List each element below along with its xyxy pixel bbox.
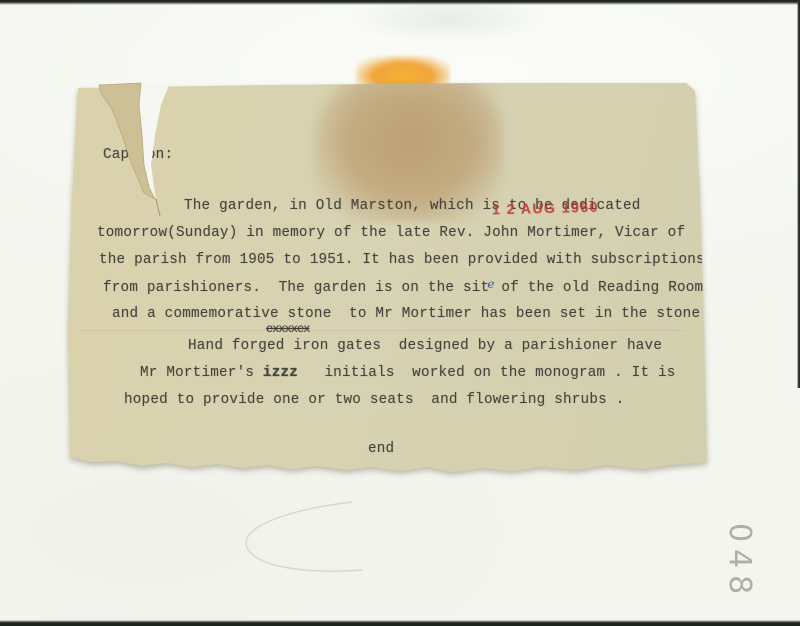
typewritten-line: hoped to provide one or two seats and fl… xyxy=(124,391,624,409)
typewritten-line: the parish from 1905 to 1951. It has bee… xyxy=(99,251,705,269)
line7-text: initials worked on the monogram . It is xyxy=(298,365,676,381)
handwritten-number: 048 xyxy=(722,523,757,601)
scanned-photo-caption-page: Caption: The garden, in Old Marston, whi… xyxy=(0,0,800,626)
typewritten-line: Hand forged iron gates designed by a par… xyxy=(188,337,662,355)
overtyped-word: izzz xyxy=(263,365,298,381)
scan-edge-bottom xyxy=(0,620,800,626)
line4-text: from parishioners. The garden is on the … xyxy=(103,280,489,296)
typewritten-line: and a commemorative stone to Mr Mortimer… xyxy=(112,305,753,323)
date-stamp: 1 2 AUG 1960 xyxy=(492,199,599,218)
typed-strikeout-mark: exxxxex xyxy=(266,320,309,338)
line4-text: of the old Reading Room xyxy=(493,280,704,296)
typewritten-line: tomorrow(Sunday) in memory of the late R… xyxy=(97,224,685,242)
torn-corner xyxy=(85,75,185,220)
typewritten-line: from parishioners. The garden is on the … xyxy=(103,278,703,297)
end-label: end xyxy=(368,440,394,458)
tear-crack-line xyxy=(156,199,160,216)
scan-edge-top xyxy=(0,0,800,5)
crease-mark xyxy=(225,492,375,587)
pen-inserted-letter: e xyxy=(487,277,494,291)
faint-pink-line xyxy=(80,330,685,331)
typewritten-line: Mr Mortimer's izzz initials worked on th… xyxy=(140,364,676,382)
line7-text: Mr Mortimer's xyxy=(140,365,263,381)
